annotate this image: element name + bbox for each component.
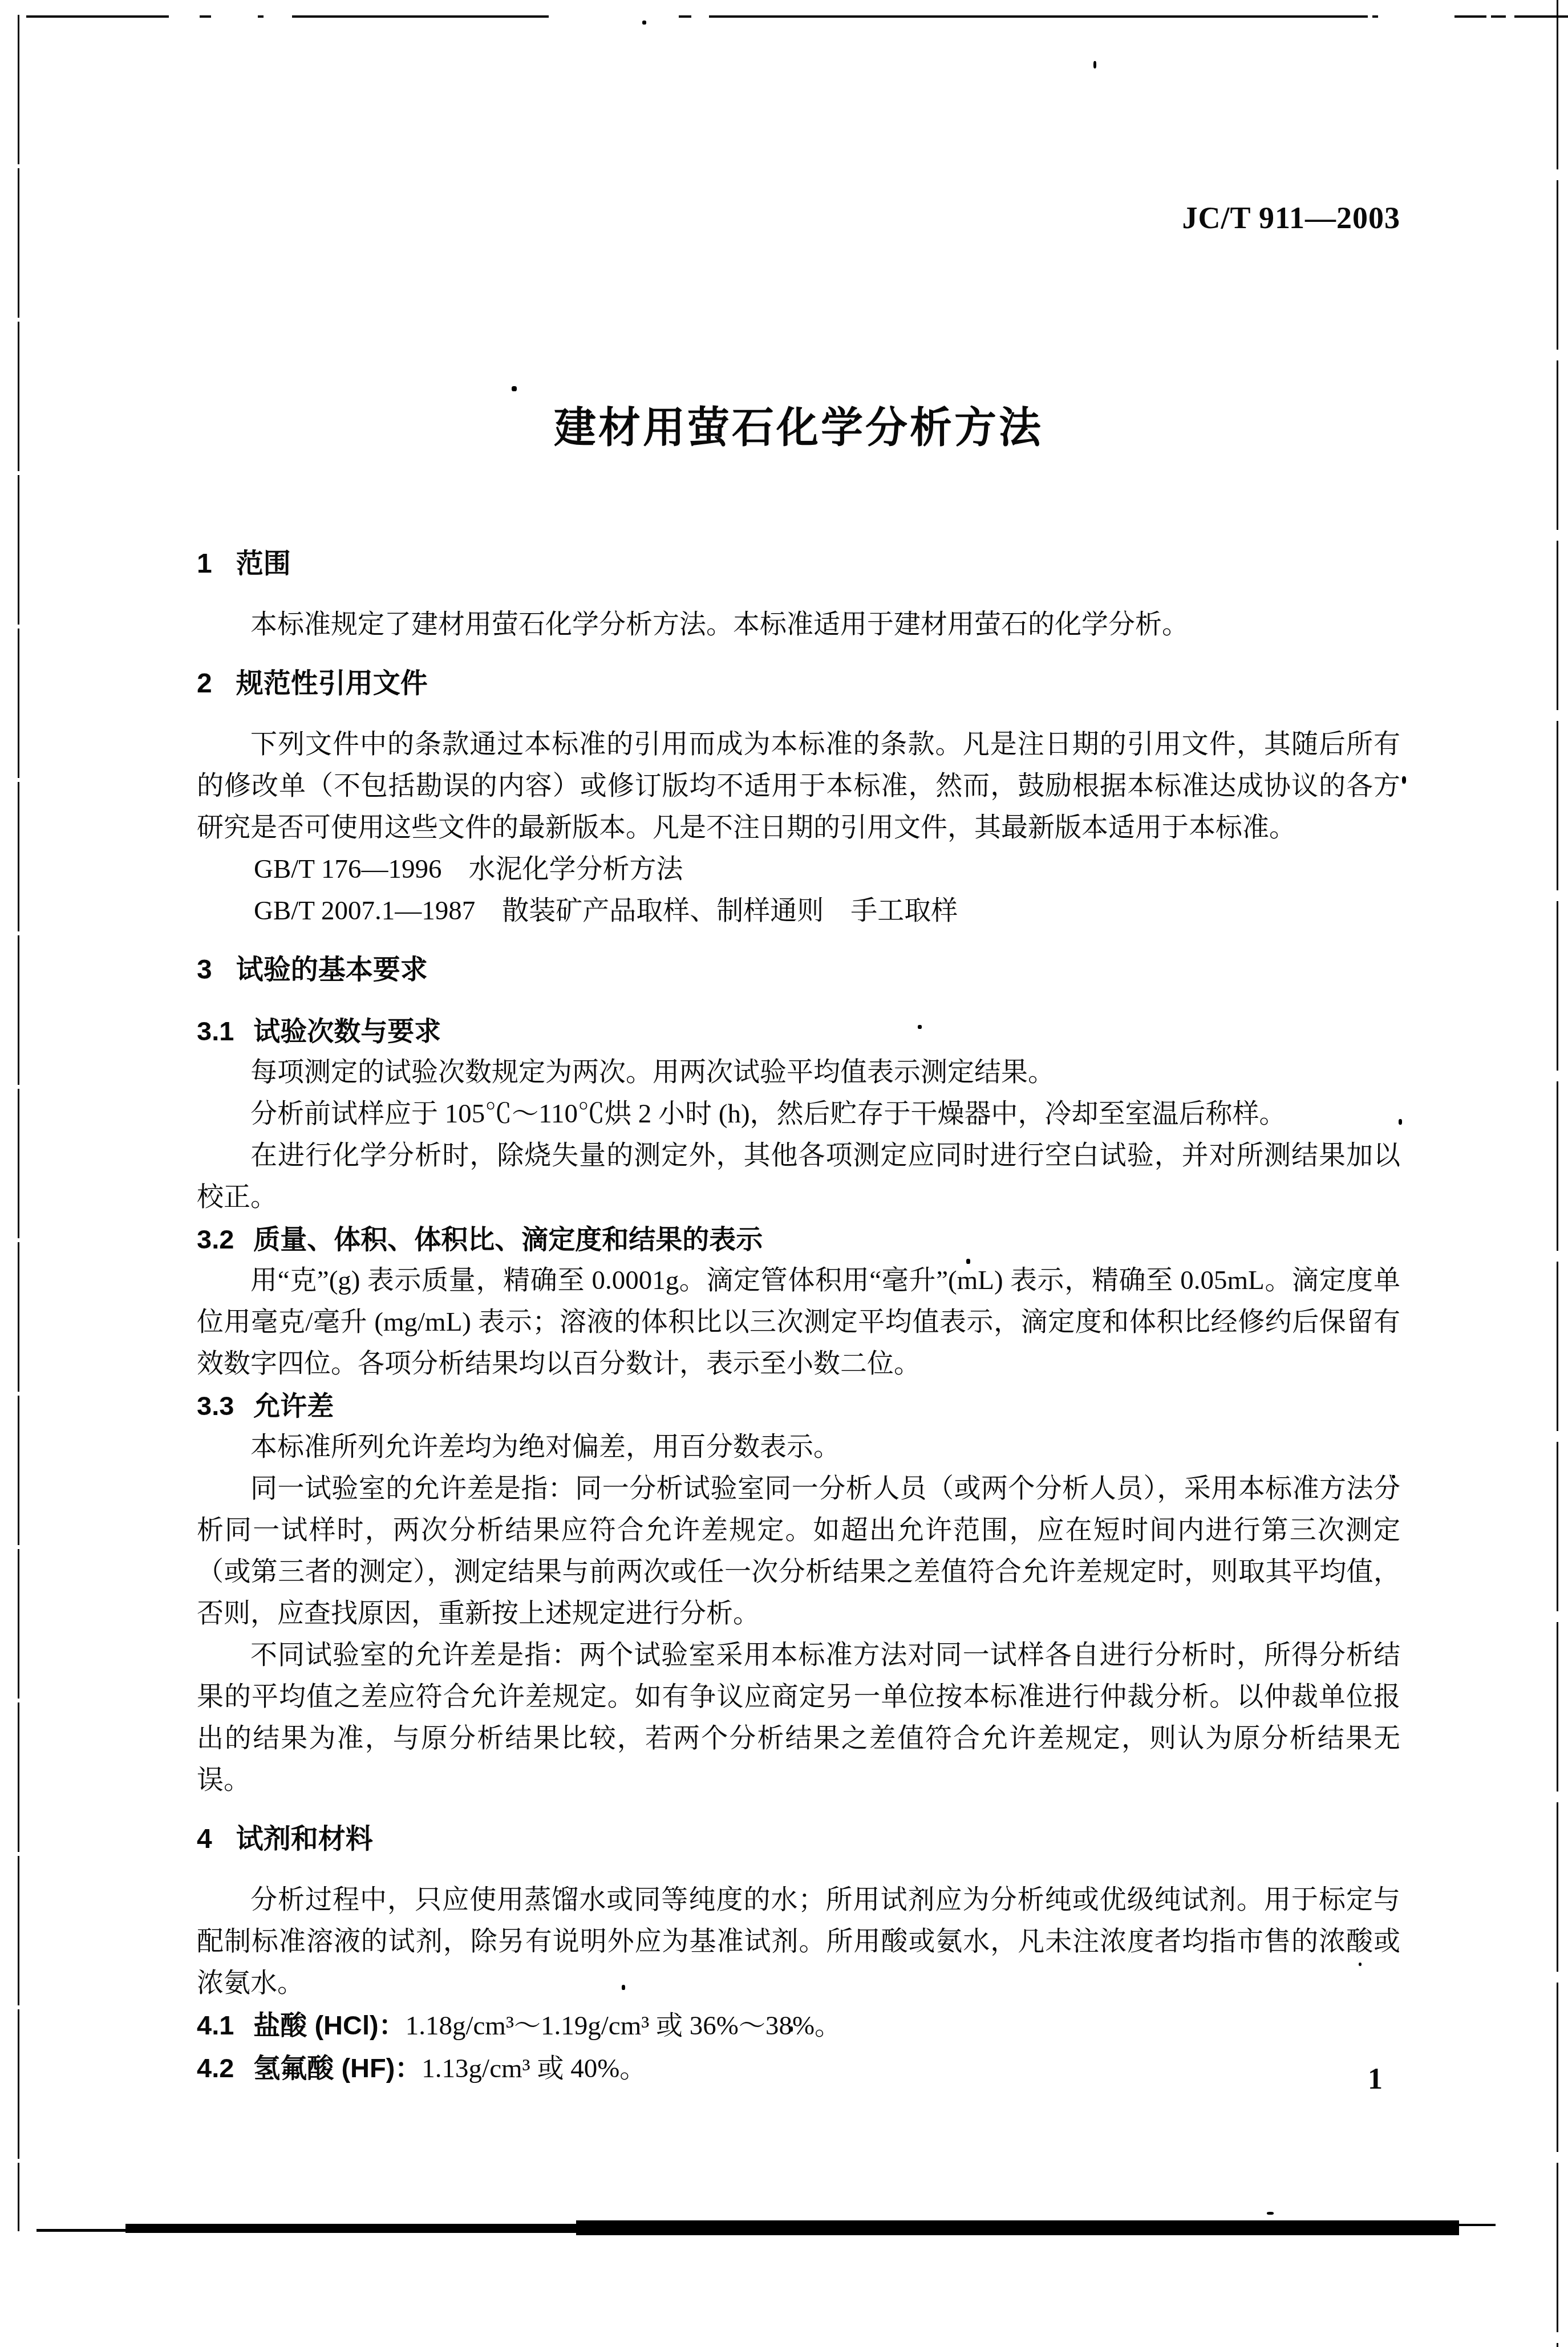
section-3-3-heading: 3.3允许差 — [197, 1385, 1400, 1426]
paragraph: 用“克”(g) 表示质量，精确至 0.0001g。滴定管体积用“毫升”(mL) … — [197, 1260, 1400, 1385]
document-title: 建材用萤石化学分析方法 — [197, 399, 1400, 456]
clause-number: 4.2 — [197, 2053, 234, 2083]
section-number: 2 — [197, 668, 212, 699]
page-number: 1 — [1368, 2064, 1383, 2095]
clause-text: 1.18g/cm³～1.19g/cm³ 或 36%～38%。 — [406, 2011, 841, 2041]
scan-edge-bottom — [1458, 2224, 1496, 2226]
document-body: JC/T 911—2003 建材用萤石化学分析方法 1范围 本标准规定了建材用萤… — [197, 0, 1400, 2090]
paragraph: 分析过程中，只应使用蒸馏水或同等纯度的水；所用试剂应为分析纯或优级纯试剂。用于标… — [197, 1879, 1400, 2004]
scan-edge-bottom — [37, 2229, 133, 2232]
standard-code: JC/T 911—2003 — [197, 201, 1400, 235]
scan-edge-bottom — [125, 2224, 582, 2233]
scan-edge-left — [18, 15, 19, 2231]
clause-label: 氢氟酸 (HF)： — [253, 2053, 422, 2083]
reference-item: GB/T 2007.1—1987 散装矿产品取样、制样通则 手工取样 — [197, 890, 1400, 932]
scan-edge-top — [1454, 15, 1486, 18]
paragraph: 分析前试样应于 105℃～110℃烘 2 小时 (h)，然后贮存于干燥器中，冷却… — [197, 1093, 1400, 1135]
scanned-standard-page: JC/T 911—2003 建材用萤石化学分析方法 1范围 本标准规定了建材用萤… — [0, 0, 1568, 2347]
scan-edge-right — [1557, 0, 1558, 2347]
scan-edge-top — [1514, 15, 1568, 18]
paragraph: 下列文件中的条款通过本标准的引用而成为本标准的条款。凡是注日期的引用文件，其随后… — [197, 724, 1400, 849]
section-title: 规范性引用文件 — [236, 668, 428, 699]
section-title: 允许差 — [253, 1391, 334, 1421]
scan-edge-top — [26, 15, 169, 18]
section-3-2-heading: 3.2质量、体积、体积比、滴定度和结果的表示 — [197, 1218, 1400, 1260]
section-1-heading: 1范围 — [197, 543, 1400, 585]
paragraph: 同一试验室的允许差是指：同一分析试验室同一分析人员（或两个分析人员），采用本标准… — [197, 1468, 1400, 1635]
clause-label: 盐酸 (HCl)： — [253, 2010, 405, 2040]
section-4-heading: 4试剂和材料 — [197, 1818, 1400, 1860]
clause-number: 4.1 — [197, 2010, 234, 2040]
clause-4-2: 4.2氢氟酸 (HF)：1.13g/cm³ 或 40%。 — [197, 2047, 1400, 2090]
clause-4-1: 4.1盐酸 (HCl)：1.18g/cm³～1.19g/cm³ 或 36%～38… — [197, 2004, 1400, 2047]
scan-edge-top — [1491, 15, 1506, 18]
paragraph: 不同试验室的允许差是指：两个试验室采用本标准方法对同一试样各自进行分析时，所得分… — [197, 1635, 1400, 1801]
section-number: 4 — [197, 1824, 212, 1854]
section-title: 试验次数与要求 — [253, 1016, 441, 1046]
scan-edge-bottom — [576, 2220, 1459, 2235]
section-3-1-heading: 3.1试验次数与要求 — [197, 1010, 1400, 1052]
paragraph: 本标准规定了建材用萤石化学分析方法。本标准适用于建材用萤石的化学分析。 — [197, 604, 1400, 646]
section-3-heading: 3试验的基本要求 — [197, 949, 1400, 991]
paragraph: 在进行化学分析时，除烧失量的测定外，其他各项测定应同时进行空白试验，并对所测结果… — [197, 1135, 1400, 1218]
scan-speck — [1402, 776, 1406, 784]
paragraph: 每项测定的试验次数规定为两次。用两次试验平均值表示测定结果。 — [197, 1052, 1400, 1093]
section-number: 1 — [197, 549, 212, 579]
section-2-heading: 2规范性引用文件 — [197, 663, 1400, 704]
section-title: 质量、体积、体积比、滴定度和结果的表示 — [253, 1224, 763, 1254]
section-number: 3 — [197, 955, 212, 985]
paragraph: 本标准所列允许差均为绝对偏差，用百分数表示。 — [197, 1426, 1400, 1468]
section-number: 3.1 — [197, 1016, 234, 1046]
section-number: 3.2 — [197, 1224, 234, 1254]
section-number: 3.3 — [197, 1391, 234, 1421]
section-title: 试验的基本要求 — [236, 955, 428, 985]
reference-item: GB/T 176—1996 水泥化学分析方法 — [197, 849, 1400, 890]
section-title: 试剂和材料 — [236, 1824, 373, 1854]
clause-text: 1.13g/cm³ 或 40%。 — [422, 2054, 646, 2083]
scan-speck — [1267, 2212, 1274, 2215]
section-title: 范围 — [236, 549, 291, 579]
